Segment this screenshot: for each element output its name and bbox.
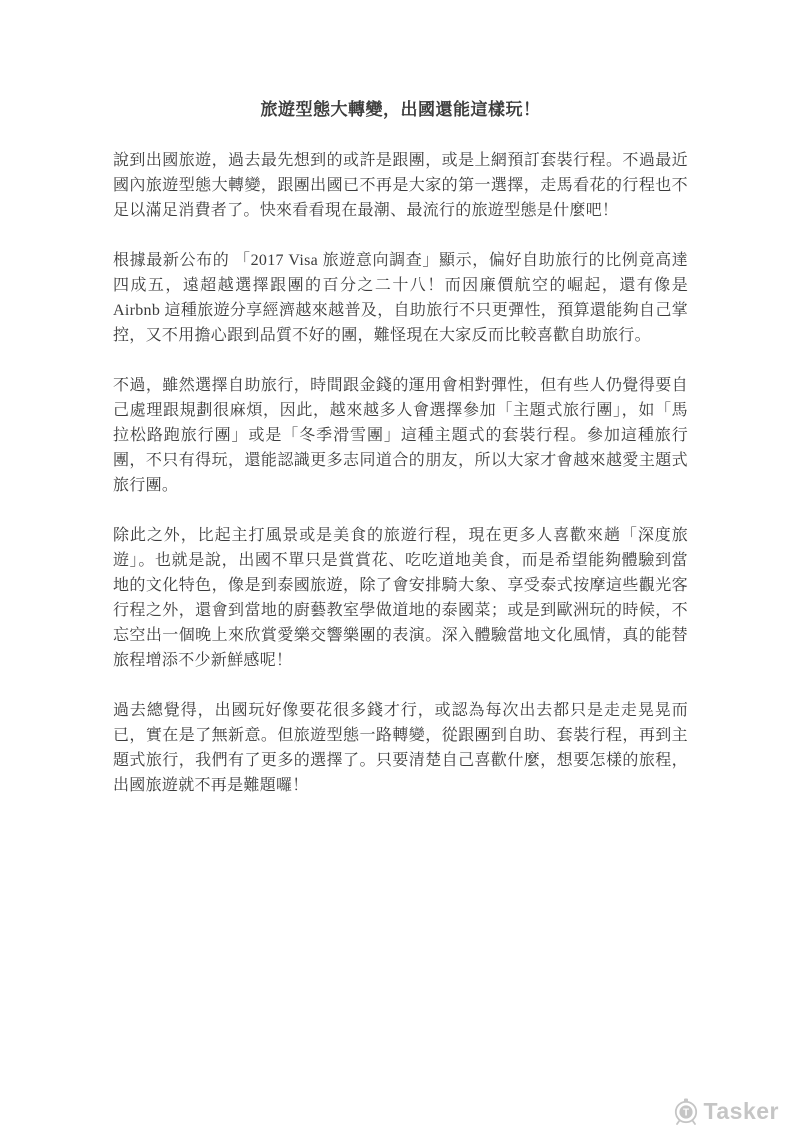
tasker-brand-text: Tasker bbox=[704, 1097, 779, 1125]
tasker-logo-icon: T bbox=[672, 1097, 700, 1125]
article-title: 旅遊型態大轉變，出國還能這樣玩！ bbox=[113, 97, 688, 122]
tasker-logo-initial: T bbox=[682, 1108, 688, 1119]
paragraph-theme-tours: 不過，雖然選擇自助旅行，時間跟金錢的運用會相對彈性，但有些人仍覺得要自己處理跟規… bbox=[113, 373, 688, 498]
document-page: 旅遊型態大轉變，出國還能這樣玩！ 說到出國旅遊，過去最先想到的或許是跟團，或是上… bbox=[0, 0, 800, 1132]
paragraph-conclusion: 過去總覺得，出國玩好像要花很多錢才行，或認為每次出去都只是走走晃晃而已，實在是了… bbox=[113, 698, 688, 798]
article-body: 旅遊型態大轉變，出國還能這樣玩！ 說到出國旅遊，過去最先想到的或許是跟團，或是上… bbox=[113, 97, 688, 823]
paragraph-intro: 說到出國旅遊，過去最先想到的或許是跟團，或是上網預訂套裝行程。不過最近國內旅遊型… bbox=[113, 148, 688, 223]
paragraph-deep-travel: 除此之外，比起主打風景或是美食的旅遊行程，現在更多人喜歡來趟「深度旅遊」。也就是… bbox=[113, 523, 688, 673]
tasker-watermark: T Tasker bbox=[672, 1097, 779, 1125]
paragraph-visa-survey: 根據最新公布的 「2017 Visa 旅遊意向調查」顯示，偏好自助旅行的比例竟高… bbox=[113, 248, 688, 348]
